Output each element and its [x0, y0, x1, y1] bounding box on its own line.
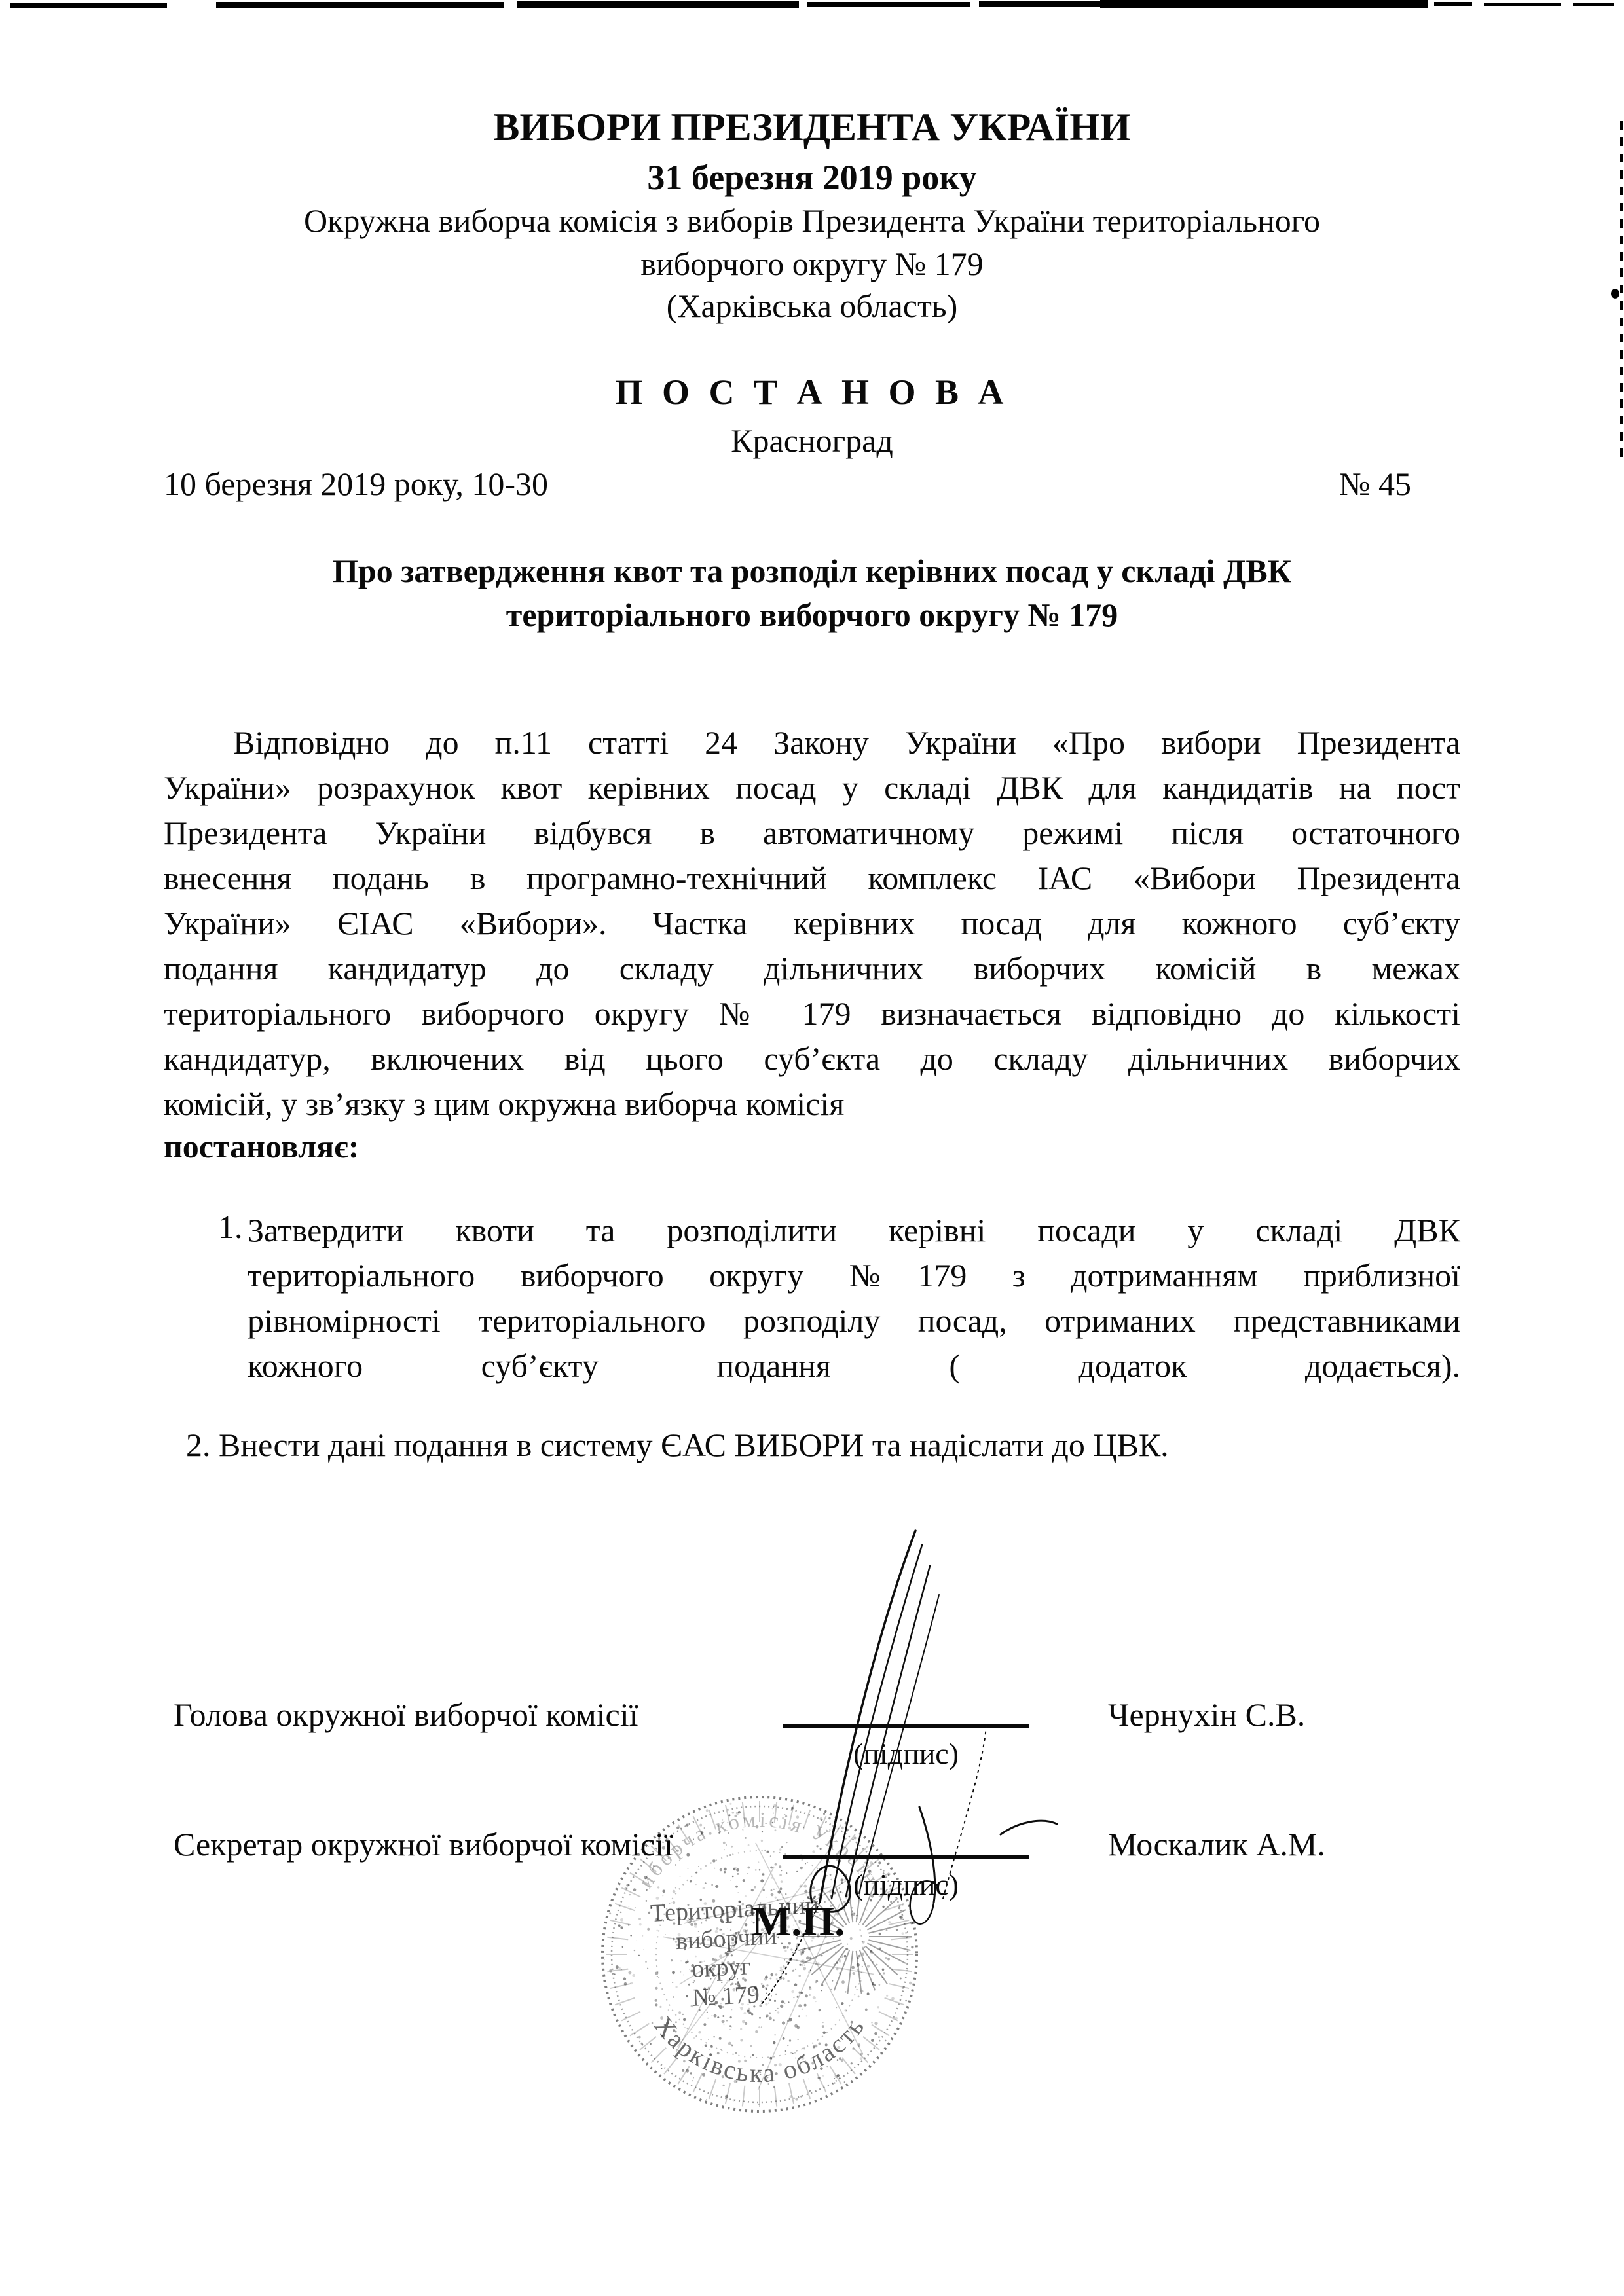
- scan-artifact-top-bar: [216, 2, 504, 8]
- scan-artifact-top-dash: [1434, 2, 1472, 6]
- paragraph-line: України» розрахунок квот керівних посад …: [164, 765, 1460, 811]
- seal-place-abbr: М.П.: [752, 1897, 845, 1946]
- item1-line: територіального виборчого округу №179 з …: [248, 1253, 1460, 1298]
- secretary-label: Секретар окружної виборчої комісії: [174, 1825, 673, 1863]
- svg-text:округ: округ: [691, 1952, 752, 1983]
- resolution-date-time: 10 березня 2019 року, 10-30: [164, 465, 548, 503]
- scan-artifact-top-dash: [1484, 3, 1561, 6]
- chair-label: Голова окружної виборчої комісії: [174, 1696, 638, 1734]
- subject-line2: територіального виборчого округу № 179: [0, 596, 1624, 634]
- subject-line1: Про затвердження квот та розподіл керівн…: [0, 552, 1624, 590]
- commission-name-line1: Окружна виборча комісія з виборів Презид…: [0, 202, 1624, 240]
- resolution-number: № 45: [1339, 465, 1411, 503]
- paragraph-line: Відповідно до п.11 статті 24 Закону Укра…: [164, 720, 1460, 765]
- item1-line: Затвердити квоти та розподілити керівні …: [248, 1208, 1460, 1253]
- region-name: (Харківська область): [0, 287, 1624, 325]
- chair-name: Чернухін С.В.: [1108, 1696, 1305, 1734]
- paragraph-line: подання кандидатур до складу дільничних …: [164, 946, 1460, 991]
- item2-text: 2. Внести дані подання в систему ЄАС ВИБ…: [186, 1426, 1169, 1464]
- election-title: ВИБОРИ ПРЕЗИДЕНТА УКРАЇНИ: [0, 105, 1624, 150]
- item1-number: 1.: [218, 1208, 243, 1246]
- secretary-name: Москалик А.М.: [1108, 1825, 1325, 1863]
- secretary-signature-line: [783, 1855, 1029, 1859]
- resolution-city: Красноград: [0, 422, 1624, 460]
- paragraph-line: внесення подань в програмно-технічний ко…: [164, 856, 1460, 901]
- scan-artifact-top-bar: [807, 2, 970, 7]
- scan-artifact-top-bar: [979, 1, 1116, 7]
- item1-line: кожного суб’єкту подання ( додаток додає…: [248, 1343, 1460, 1389]
- resolution-title: П О С Т А Н О В А: [0, 372, 1624, 412]
- secretary-handwritten-signature: [910, 1807, 1057, 1924]
- paragraph-line: комісій, у зв’язку з цим окружна виборча…: [164, 1082, 1460, 1127]
- scan-artifact-top-bar: [10, 3, 167, 8]
- paragraph-line: Президента України відбувся в автоматичн…: [164, 811, 1460, 856]
- resolves-label: постановляє:: [164, 1127, 359, 1165]
- chair-signature-caption: (підпис): [783, 1736, 1029, 1771]
- scan-artifact-top-dash: [1573, 3, 1614, 6]
- scan-artifact-top-bar: [1100, 0, 1428, 8]
- paragraph-line: України» ЄІАС «Вибори». Частка керівних …: [164, 901, 1460, 946]
- document-page: ВИБОРИ ПРЕЗИДЕНТА УКРАЇНИ 31 березня 201…: [0, 0, 1624, 2296]
- scan-artifact-top-bar: [517, 1, 799, 8]
- chair-signature-line: [783, 1724, 1029, 1728]
- svg-text:№ 179: № 179: [692, 1981, 760, 2012]
- item1-line: рівномірності територіального розподілу …: [248, 1298, 1460, 1343]
- commission-name-line2: виборчого округу № 179: [0, 245, 1624, 283]
- election-date: 31 березня 2019 року: [0, 157, 1624, 198]
- stamp-ring-bottom-text: Харківська область: [648, 2011, 871, 2088]
- paragraph-line: територіального виборчого округу № 179 в…: [164, 991, 1460, 1036]
- paragraph-line: кандидатур, включених від цього суб’єкта…: [164, 1036, 1460, 1082]
